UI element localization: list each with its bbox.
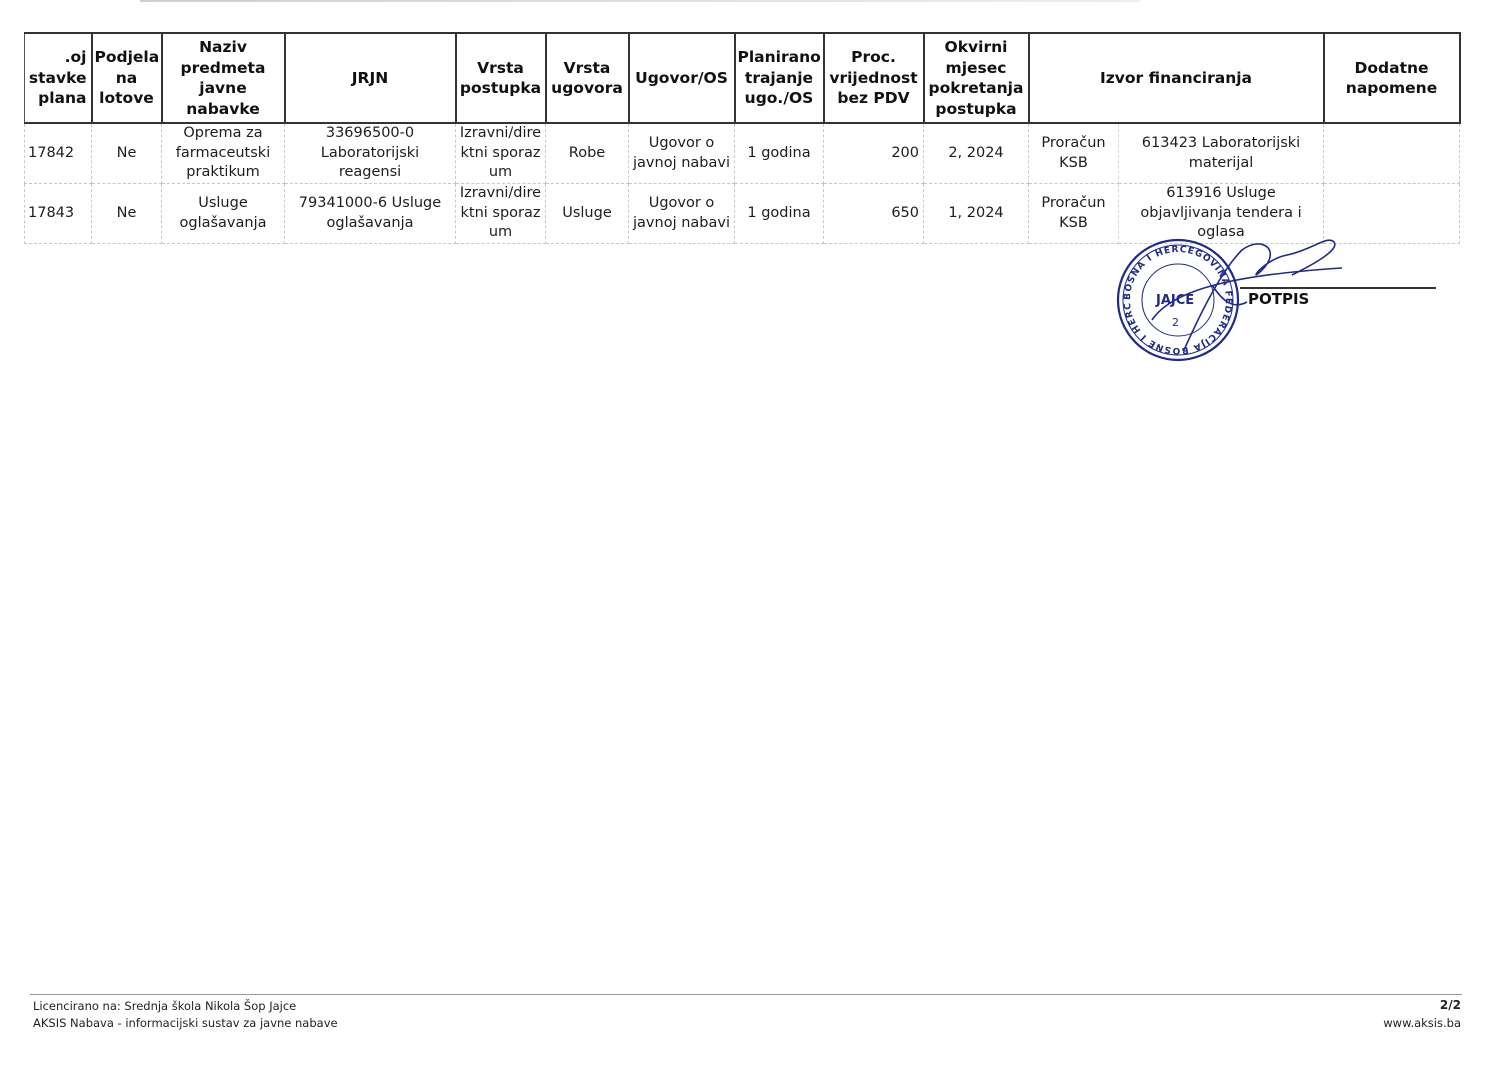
page-number: 2/2	[1440, 998, 1461, 1012]
header-naziv-predmeta: Naziv predmeta javne nabavke	[162, 33, 285, 123]
header-proc-vrijednost: Proc. vrijednost bez PDV	[824, 33, 924, 123]
footer-website: www.aksis.ba	[1383, 1016, 1461, 1030]
header-izvor-financiranja: Izvor financiranja	[1029, 33, 1324, 123]
header-vrsta-postupka: Vrsta postupka	[456, 33, 546, 123]
cell-vrsta-ugovora: Robe	[546, 123, 629, 184]
cell-vrijednost: 200	[824, 123, 924, 184]
cell-lotovi: Ne	[92, 123, 162, 184]
cell-jrjn: 79341000-6 Usluge oglašavanja	[285, 184, 456, 244]
cell-ugovor-os: Ugovor o javnoj nabavi	[629, 123, 735, 184]
header-broj-stavke: .oj stavke plana	[25, 33, 92, 123]
header-ugovor-os: Ugovor/OS	[629, 33, 735, 123]
cell-mjesec: 2, 2024	[924, 123, 1029, 184]
cell-ugovor-os: Ugovor o javnoj nabavi	[629, 184, 735, 244]
header-jrjn: JRJN	[285, 33, 456, 123]
svg-text:2: 2	[1172, 316, 1179, 329]
header-planirano-trajanje: Planirano trajanje ugo./OS	[735, 33, 824, 123]
cell-mjesec: 1, 2024	[924, 184, 1029, 244]
cell-izvor: Proračun KSB	[1029, 184, 1119, 244]
footer-licence: Licencirano na: Srednja škola Nikola Šop…	[33, 999, 296, 1013]
cell-naziv: Oprema za farmaceutski praktikum	[162, 123, 285, 184]
cell-vrsta-ugovora: Usluge	[546, 184, 629, 244]
header-okvirni-mjesec: Okvirni mjesec pokretanja postupka	[924, 33, 1029, 123]
cell-broj: 17842	[25, 123, 92, 184]
table-header-row: .oj stavke plana Podjela na lotove Naziv…	[25, 33, 1460, 123]
cell-lotovi: Ne	[92, 184, 162, 244]
cell-vrsta-postupka: Izravni/direktni sporazum	[456, 184, 546, 244]
footer-system: AKSIS Nabava - informacijski sustav za j…	[33, 1016, 338, 1030]
footer-divider	[30, 994, 1462, 995]
cell-izvor: Proračun KSB	[1029, 123, 1119, 184]
header-vrsta-ugovora: Vrsta ugovora	[546, 33, 629, 123]
cell-broj: 17843	[25, 184, 92, 244]
cell-naziv: Usluge oglašavanja	[162, 184, 285, 244]
cell-vrijednost: 650	[824, 184, 924, 244]
cell-konto: 613423 Laboratorijski materijal	[1119, 123, 1324, 184]
header-dodatne-napomene: Dodatne napomene	[1324, 33, 1460, 123]
cell-trajanje: 1 godina	[735, 123, 824, 184]
table-row: 17842 Ne Oprema za farmaceutski praktiku…	[25, 123, 1460, 184]
cell-napomene	[1324, 123, 1460, 184]
scan-artifact-line	[140, 0, 1140, 2]
procurement-plan-table: .oj stavke plana Podjela na lotove Naziv…	[24, 32, 1461, 244]
cell-trajanje: 1 godina	[735, 184, 824, 244]
header-podjela-lotove: Podjela na lotove	[92, 33, 162, 123]
cell-vrsta-postupka: Izravni/direktni sporazum	[456, 123, 546, 184]
signature-label: POTPIS	[1248, 290, 1309, 308]
cell-jrjn: 33696500-0 Laboratorijski reagensi	[285, 123, 456, 184]
